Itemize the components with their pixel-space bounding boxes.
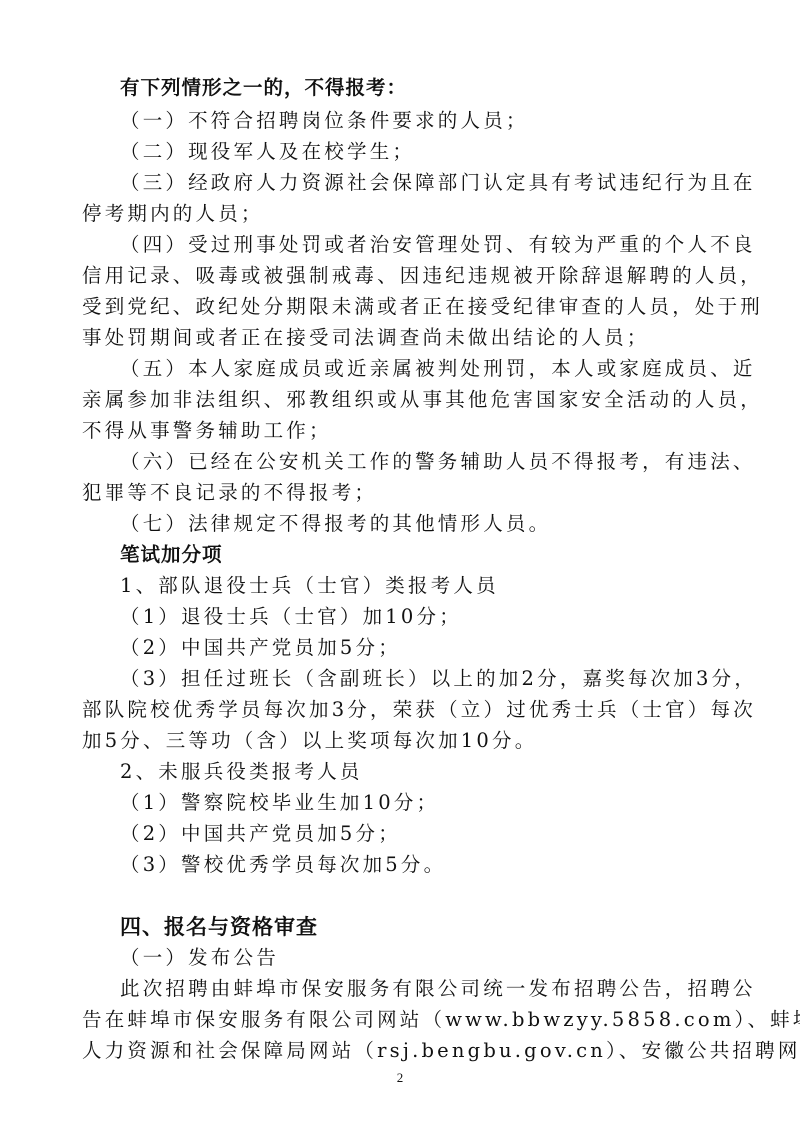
text-line: 人力资源和社会保障局网站（rsj.bengbu.gov.cn）、安徽公共招聘网	[82, 1037, 732, 1065]
text-line: （六）已经在公安机关工作的警务辅助人员不得报考，有违法、	[120, 448, 770, 476]
text-line: （二）现役军人及在校学生；	[120, 138, 770, 166]
text-line: （一）发布公告	[120, 944, 770, 972]
text-line: 此次招聘由蚌埠市保安服务有限公司统一发布招聘公告，招聘公	[120, 975, 770, 1003]
text-line: 2、未服兵役类报考人员	[120, 758, 770, 786]
text-line: 犯罪等不良记录的不得报考；	[82, 479, 732, 507]
text-line: （三）经政府人力资源社会保障部门认定具有考试违纪行为且在	[120, 169, 770, 197]
text-line: 加5分、三等功（含）以上奖项每次加10分。	[82, 727, 732, 755]
text-line: （1）警察院校毕业生加10分；	[120, 789, 770, 817]
text-line: （一）不符合招聘岗位条件要求的人员；	[120, 107, 770, 135]
text-line: （3）警校优秀学员每次加5分。	[120, 851, 770, 879]
subheading: 笔试加分项	[120, 541, 770, 569]
text-line: （2）中国共产党员加5分；	[120, 634, 770, 662]
text-line: （七）法律规定不得报考的其他情形人员。	[120, 510, 770, 538]
text-line: 不得从事警务辅助工作；	[82, 417, 732, 445]
text-line: 1、部队退役士兵（士官）类报考人员	[120, 572, 770, 600]
text-line: 信用记录、吸毒或被强制戒毒、因违纪违规被开除辞退解聘的人员，	[82, 262, 732, 290]
document-page: 有下列情形之一的，不得报考：（一）不符合招聘岗位条件要求的人员；（二）现役军人及…	[0, 0, 800, 1132]
text-line: 告在蚌埠市保安服务有限公司网站（www.bbwzyy.5858.com）、蚌埠市	[82, 1006, 732, 1034]
section-heading: 四、报名与资格审查	[120, 913, 770, 941]
text-line: （四）受过刑事处罚或者治安管理处罚、有较为严重的个人不良	[120, 231, 770, 259]
text-line: 受到党纪、政纪处分期限未满或者正在接受纪律审查的人员，处于刑	[82, 293, 732, 321]
text-line: 停考期内的人员；	[82, 200, 732, 228]
text-line: （3）担任过班长（含副班长）以上的加2分，嘉奖每次加3分，	[120, 665, 770, 693]
text-line: （2）中国共产党员加5分；	[120, 820, 770, 848]
text-line: （五）本人家庭成员或近亲属被判处刑罚，本人或家庭成员、近	[120, 355, 770, 383]
page-number: 2	[0, 1070, 800, 1086]
text-line: 亲属参加非法组织、邪教组织或从事其他危害国家安全活动的人员，	[82, 386, 732, 414]
text-line: 部队院校优秀学员每次加3分，荣获（立）过优秀士兵（士官）每次	[82, 696, 732, 724]
subheading: 有下列情形之一的，不得报考：	[120, 74, 770, 102]
text-line: （1）退役士兵（士官）加10分；	[120, 603, 770, 631]
text-line: 事处罚期间或者正在接受司法调查尚未做出结论的人员；	[82, 324, 732, 352]
